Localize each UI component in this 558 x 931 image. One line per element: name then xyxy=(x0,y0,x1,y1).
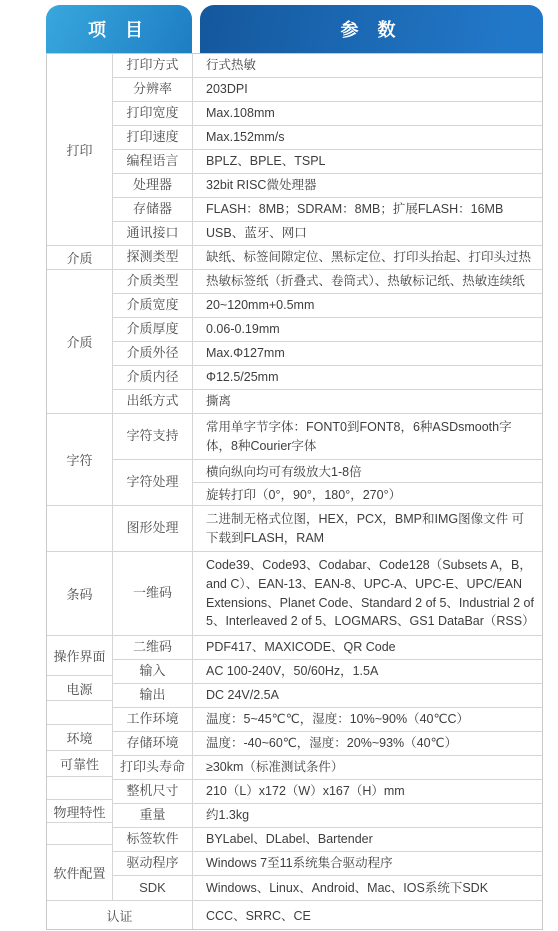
item-cell: SDK xyxy=(113,876,193,900)
group-cell-empty-8 xyxy=(47,701,112,725)
table-row: 字符支持常用单字节字体：FONT0到FONT8，6种ASDsmooth字体，8种… xyxy=(113,414,542,460)
item-cell: 编程语言 xyxy=(113,150,193,173)
value-cell: 缺纸、标签间隙定位、黑标定位、打印头抬起、打印头过热 xyxy=(193,246,542,269)
value-cell: 二进制无格式位图，HEX，PCX，BMP和IMG图像文件 可下载到FLASH，R… xyxy=(193,506,542,551)
item-cell: 工作环境 xyxy=(113,708,193,731)
table-row: 打印方式行式热敏 xyxy=(113,54,542,78)
certification-label: 认证 xyxy=(47,901,193,929)
group-cell-empty-11 xyxy=(47,777,112,800)
table-row: 出纸方式撕离 xyxy=(113,390,542,414)
table-row: 输入AC 100-240V，50/60Hz，1.5A xyxy=(113,660,542,684)
table-row: 输出DC 24V/2.5A xyxy=(113,684,542,708)
value-cell: Windows 7至11系统集合驱动程序 xyxy=(193,852,542,875)
group-cell-empty-13 xyxy=(47,823,112,845)
tab-item-label: 项 目 xyxy=(88,16,150,42)
tab-param-label: 参 数 xyxy=(340,16,402,42)
group-cell-6: 操作界面 xyxy=(47,636,112,676)
item-cell: 处理器 xyxy=(113,174,193,197)
item-cell: 一维码 xyxy=(113,552,193,635)
table-row: 探测类型缺纸、标签间隙定位、黑标定位、打印头抬起、打印头过热 xyxy=(113,246,542,270)
value-cell: 203DPI xyxy=(193,78,542,101)
item-cell: 打印速度 xyxy=(113,126,193,149)
item-cell: 介质宽度 xyxy=(113,294,193,317)
table-row: 通讯接口USB、蓝牙、网口 xyxy=(113,222,542,246)
table-row: 分辨率203DPI xyxy=(113,78,542,102)
table-row: 打印头寿命≥30km（标准测试条件） xyxy=(113,756,542,780)
table-row: 介质类型热敏标签纸（折叠式、卷筒式）、热敏标记纸、热敏连续纸 xyxy=(113,270,542,294)
value-cell: USB、蓝牙、网口 xyxy=(193,222,542,245)
group-cell-empty-4 xyxy=(47,506,112,552)
value-cell: Max.Φ127mm xyxy=(193,342,542,365)
value-sub-cell: 横向纵向均可有级放大1-8倍 xyxy=(193,460,542,483)
table-row: 整机尺寸210（L）x172（W）x167（H）mm xyxy=(113,780,542,804)
item-cell: 介质内径 xyxy=(113,366,193,389)
group-cell-12: 物理特性 xyxy=(47,800,112,823)
value-cell: Max.108mm xyxy=(193,102,542,125)
value-cell: 210（L）x172（W）x167（H）mm xyxy=(193,780,542,803)
tab-item-header: 项 目 xyxy=(46,5,192,53)
item-cell: 存储环境 xyxy=(113,732,193,755)
table-row: 二维码PDF417、MAXICODE、QR Code xyxy=(113,636,542,660)
table-row: 介质宽度20~120mm+0.5mm xyxy=(113,294,542,318)
table-row: 图形处理二进制无格式位图，HEX，PCX，BMP和IMG图像文件 可下载到FLA… xyxy=(113,506,542,552)
value-cell: 温度：-40~60℃，湿度：20%~93%（40℃） xyxy=(193,732,542,755)
rows-column: 打印方式行式热敏分辨率203DPI打印宽度Max.108mm打印速度Max.15… xyxy=(113,54,542,900)
value-sub-cell: 旋转打印（0°，90°，180°，270°） xyxy=(193,483,542,505)
table-row: 介质厚度0.06-0.19mm xyxy=(113,318,542,342)
value-cell: BYLabel、DLabel、Bartender xyxy=(193,828,542,851)
table-row: 重量约1.3kg xyxy=(113,804,542,828)
value-cell: 0.06-0.19mm xyxy=(193,318,542,341)
value-cell: 20~120mm+0.5mm xyxy=(193,294,542,317)
group-cell-14: 软件配置 xyxy=(47,845,112,900)
spec-table: 打印介质介质字符条码操作界面电源环境可靠性物理特性软件配置 打印方式行式热敏分辨… xyxy=(46,53,543,930)
table-row: 标签软件BYLabel、DLabel、Bartender xyxy=(113,828,542,852)
item-cell: 介质厚度 xyxy=(113,318,193,341)
value-cell: 行式热敏 xyxy=(193,54,542,77)
item-cell: 输入 xyxy=(113,660,193,683)
item-cell: 重量 xyxy=(113,804,193,827)
item-cell: 分辨率 xyxy=(113,78,193,101)
group-cell-1: 介质 xyxy=(47,246,112,270)
table-row: 一维码Code39、Code93、Codabar、Code128（Subsets… xyxy=(113,552,542,636)
group-cell-5: 条码 xyxy=(47,552,112,636)
value-cell: 热敏标签纸（折叠式、卷筒式）、热敏标记纸、热敏连续纸 xyxy=(193,270,542,293)
value-cell: Max.152mm/s xyxy=(193,126,542,149)
item-cell: 介质外径 xyxy=(113,342,193,365)
item-cell: 存储器 xyxy=(113,198,193,221)
table-row: 存储环境温度：-40~60℃，湿度：20%~93%（40℃） xyxy=(113,732,542,756)
value-cell: 温度：5~45℃℃，湿度：10%~90%（40℃C） xyxy=(193,708,542,731)
item-cell: 驱动程序 xyxy=(113,852,193,875)
item-cell: 字符处理 xyxy=(113,460,193,505)
item-cell: 标签软件 xyxy=(113,828,193,851)
value-cell: Φ12.5/25mm xyxy=(193,366,542,389)
certification-row: 认证 CCC、SRRC、CE xyxy=(47,900,542,929)
table-row: 存储器FLASH：8MB；SDRAM：8MB；扩展FLASH：16MB xyxy=(113,198,542,222)
item-cell: 整机尺寸 xyxy=(113,780,193,803)
group-column: 打印介质介质字符条码操作界面电源环境可靠性物理特性软件配置 xyxy=(47,54,113,900)
table-row: 介质内径Φ12.5/25mm xyxy=(113,366,542,390)
group-cell-3: 字符 xyxy=(47,414,112,506)
item-cell: 打印方式 xyxy=(113,54,193,77)
value-cell: 32bit RISC微处理器 xyxy=(193,174,542,197)
tab-param-header: 参 数 xyxy=(200,5,543,53)
group-cell-7: 电源 xyxy=(47,676,112,701)
group-cell-9: 环境 xyxy=(47,725,112,751)
table-row: SDKWindows、Linux、Android、Mac、IOS系统下SDK xyxy=(113,876,542,900)
item-cell: 字符支持 xyxy=(113,414,193,459)
group-cell-10: 可靠性 xyxy=(47,751,112,777)
value-cell: BPLZ、BPLE、TSPL xyxy=(193,150,542,173)
item-cell: 探测类型 xyxy=(113,246,193,269)
printer-spec-sheet: 项 目 参 数 打印介质介质字符条码操作界面电源环境可靠性物理特性软件配置 打印… xyxy=(0,0,558,931)
group-cell-0: 打印 xyxy=(47,54,112,246)
item-cell: 输出 xyxy=(113,684,193,707)
item-cell: 介质类型 xyxy=(113,270,193,293)
item-cell: 二维码 xyxy=(113,636,193,659)
item-cell: 出纸方式 xyxy=(113,390,193,413)
table-row: 驱动程序Windows 7至11系统集合驱动程序 xyxy=(113,852,542,876)
item-cell: 打印宽度 xyxy=(113,102,193,125)
value-cell: PDF417、MAXICODE、QR Code xyxy=(193,636,542,659)
value-cell: Code39、Code93、Codabar、Code128（Subsets A，… xyxy=(193,552,542,635)
value-cell: DC 24V/2.5A xyxy=(193,684,542,707)
spec-table-body: 打印介质介质字符条码操作界面电源环境可靠性物理特性软件配置 打印方式行式热敏分辨… xyxy=(47,54,542,900)
value-cell: 常用单字节字体：FONT0到FONT8，6种ASDsmooth字体，8种Cour… xyxy=(193,414,542,459)
group-cell-2: 介质 xyxy=(47,270,112,414)
item-cell: 打印头寿命 xyxy=(113,756,193,779)
table-row: 打印宽度Max.108mm xyxy=(113,102,542,126)
value-cell: ≥30km（标准测试条件） xyxy=(193,756,542,779)
certification-value: CCC、SRRC、CE xyxy=(193,901,542,929)
table-row: 编程语言BPLZ、BPLE、TSPL xyxy=(113,150,542,174)
table-row: 字符处理横向纵向均可有级放大1-8倍旋转打印（0°，90°，180°，270°） xyxy=(113,460,542,506)
item-cell: 图形处理 xyxy=(113,506,193,551)
table-row: 打印速度Max.152mm/s xyxy=(113,126,542,150)
value-stack: 横向纵向均可有级放大1-8倍旋转打印（0°，90°，180°，270°） xyxy=(193,460,542,505)
value-cell: AC 100-240V，50/60Hz，1.5A xyxy=(193,660,542,683)
item-cell: 通讯接口 xyxy=(113,222,193,245)
header-tabs: 项 目 参 数 xyxy=(0,0,558,53)
value-cell: 约1.3kg xyxy=(193,804,542,827)
value-cell: FLASH：8MB；SDRAM：8MB；扩展FLASH：16MB xyxy=(193,198,542,221)
table-row: 处理器32bit RISC微处理器 xyxy=(113,174,542,198)
table-row: 工作环境温度：5~45℃℃，湿度：10%~90%（40℃C） xyxy=(113,708,542,732)
value-cell: Windows、Linux、Android、Mac、IOS系统下SDK xyxy=(193,876,542,900)
value-cell: 撕离 xyxy=(193,390,542,413)
table-row: 介质外径Max.Φ127mm xyxy=(113,342,542,366)
